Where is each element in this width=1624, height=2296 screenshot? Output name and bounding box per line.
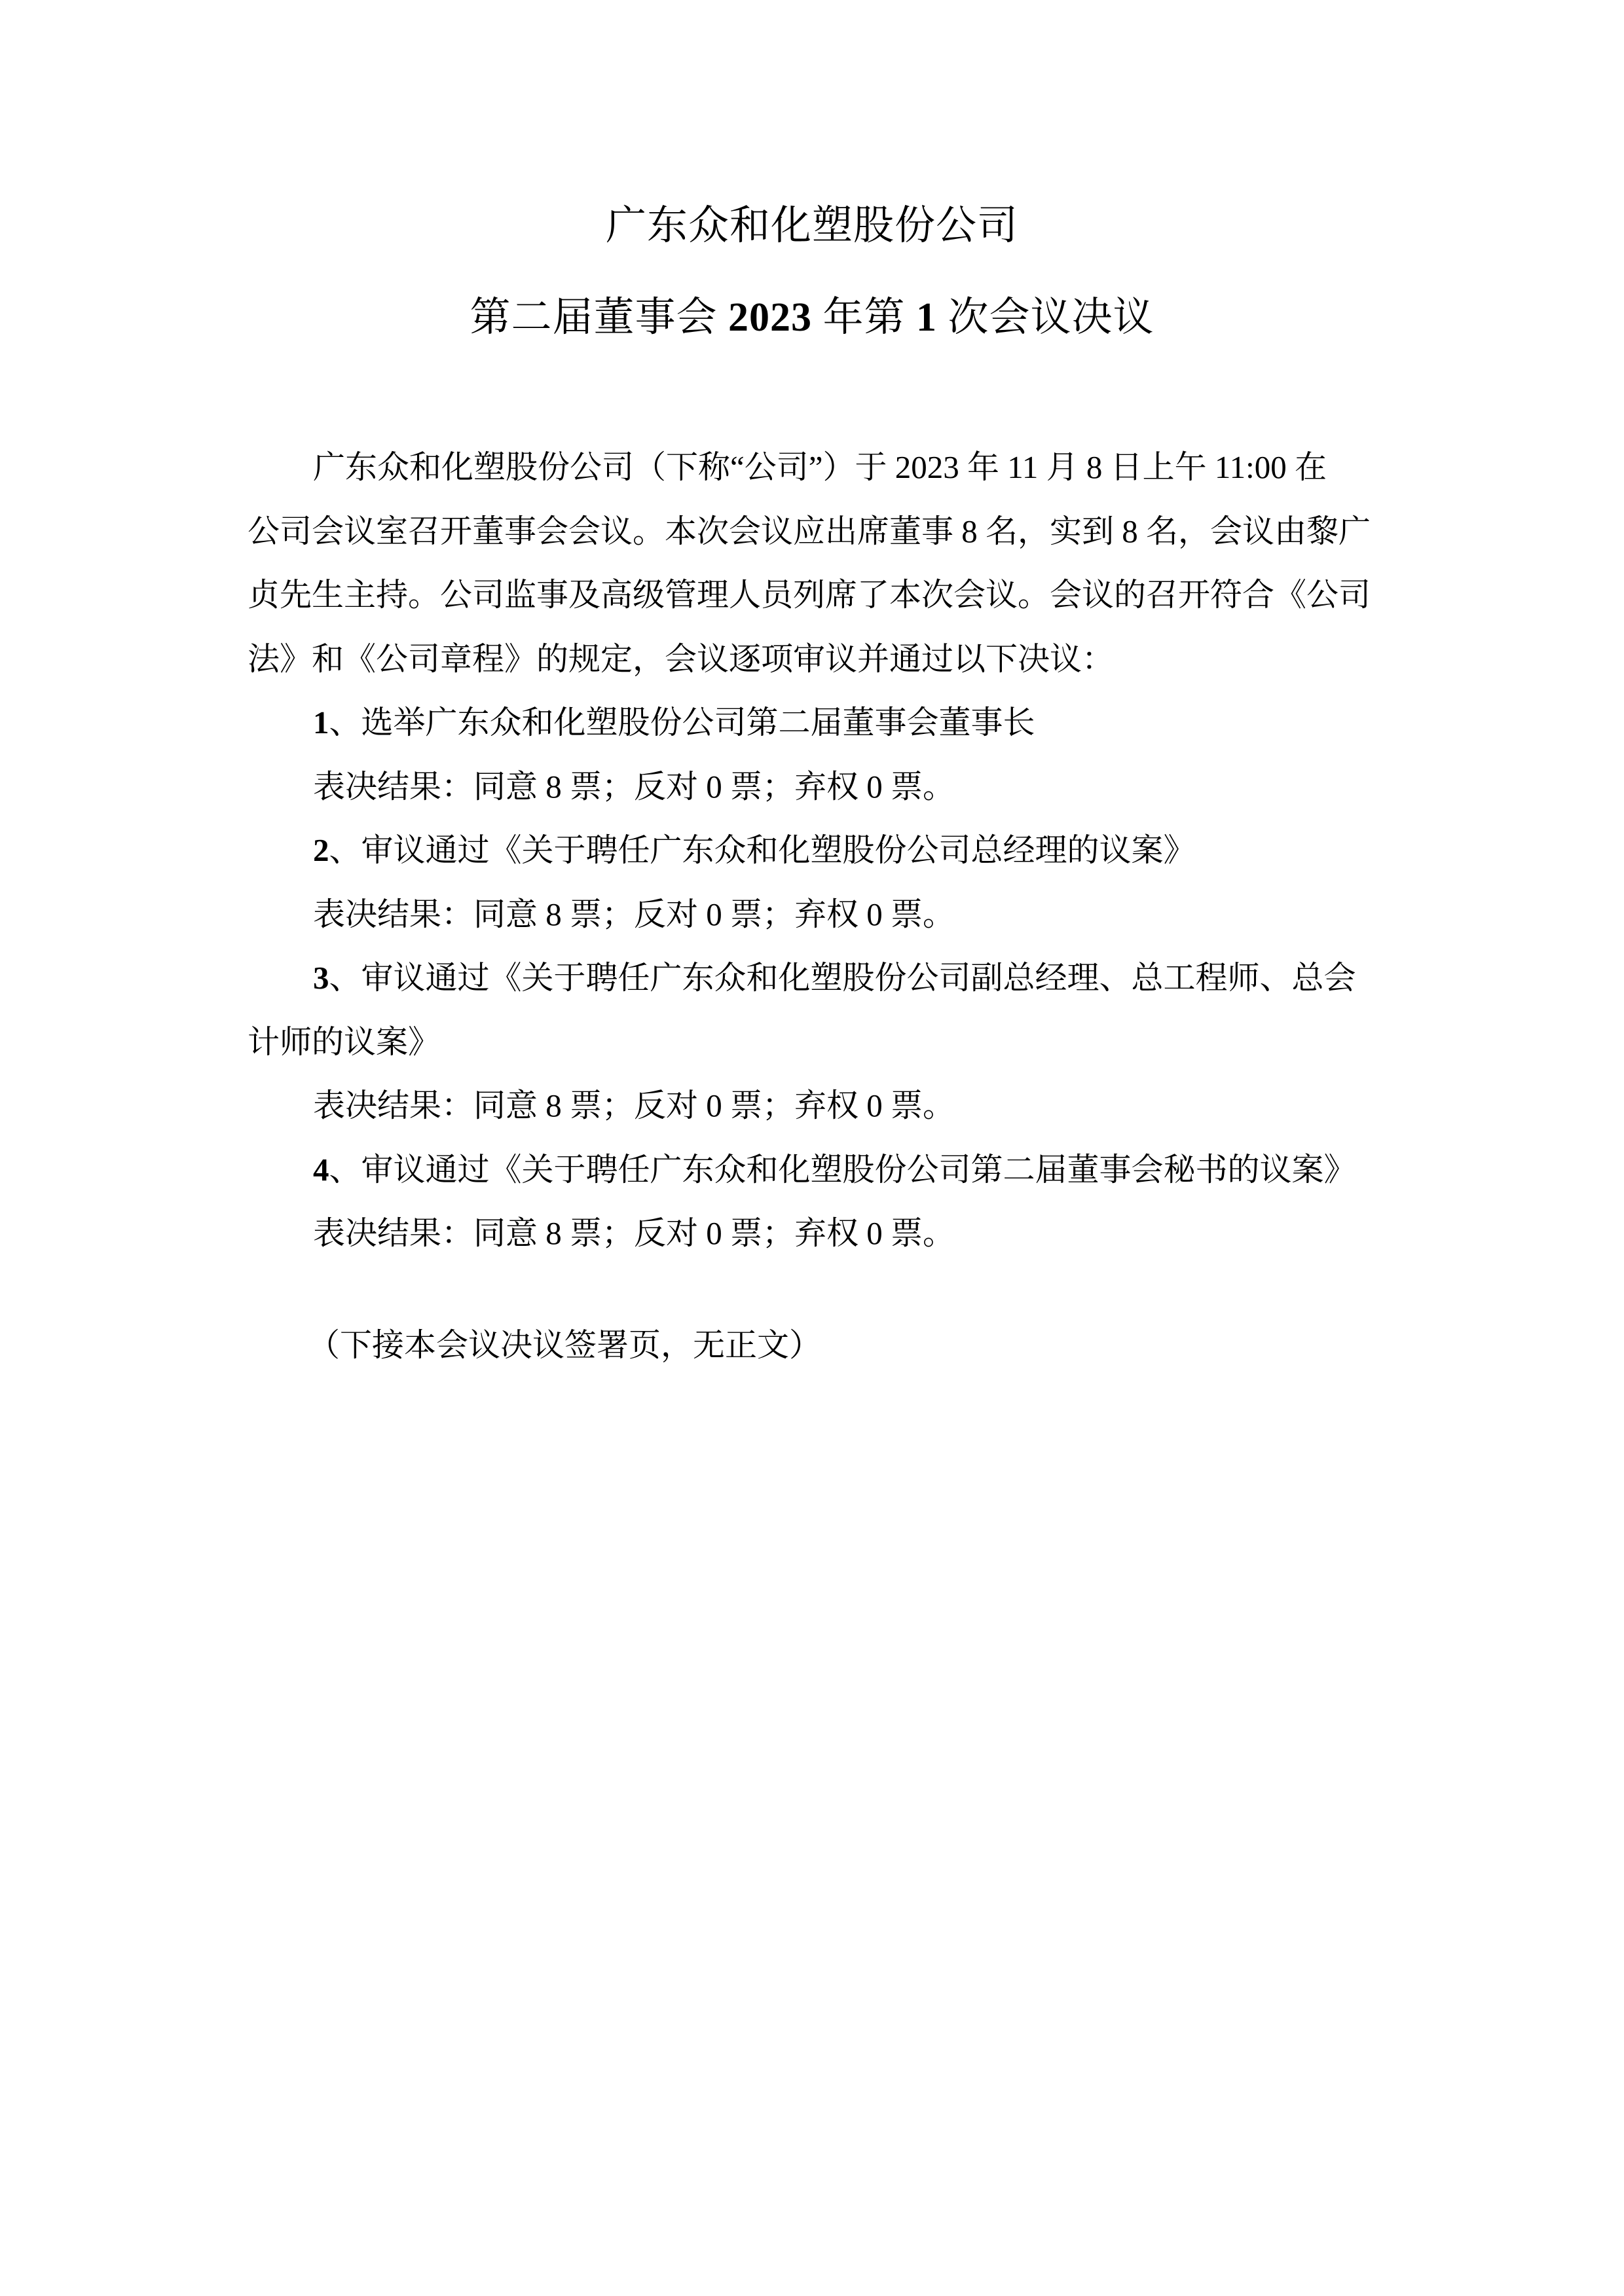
footer-note: （下接本会议决议签署页，无正文） bbox=[308, 1316, 821, 1375]
resolution-text: 、审议通过《关于聘任广东众和化塑股份公司副总经理、总工程师、总会 bbox=[329, 960, 1356, 996]
resolution-2-vote: 表决结果：同意 8 票；反对 0 票；弃权 0 票。 bbox=[248, 883, 1380, 947]
resolution-3-title: 3、审议通过《关于聘任广东众和化塑股份公司副总经理、总工程师、总会 bbox=[248, 946, 1380, 1010]
resolution-4-vote: 表决结果：同意 8 票；反对 0 票；弃权 0 票。 bbox=[248, 1201, 1380, 1266]
intro-line: 公司会议室召开董事会会议。本次会议应出席董事 8 名，实到 8 名，会议由黎广 bbox=[248, 500, 1380, 564]
resolution-title-number: 1 bbox=[916, 295, 937, 340]
resolution-1-vote: 表决结果：同意 8 票；反对 0 票；弃权 0 票。 bbox=[248, 755, 1380, 819]
resolution-title-year: 2023 bbox=[728, 295, 812, 340]
resolution-4-title: 4、审议通过《关于聘任广东众和化塑股份公司第二届董事会秘书的议案》 bbox=[248, 1138, 1380, 1202]
intro-line: 广东众和化塑股份公司（下称“公司”）于 2023 年 11 月 8 日上午 11… bbox=[248, 435, 1380, 500]
intro-line: 法》和《公司章程》的规定，会议逐项审议并通过以下决议： bbox=[248, 627, 1380, 691]
resolution-title-mid: 年第 bbox=[812, 295, 916, 340]
resolution-2-title: 2、审议通过《关于聘任广东众和化塑股份公司总经理的议案》 bbox=[248, 818, 1380, 883]
resolution-title-pre: 第二届董事会 bbox=[470, 295, 728, 340]
document-body: 广东众和化塑股份公司（下称“公司”）于 2023 年 11 月 8 日上午 11… bbox=[248, 435, 1380, 1266]
resolution-text: 、选举广东众和化塑股份公司第二届董事会董事长 bbox=[329, 704, 1035, 740]
resolution-3-vote: 表决结果：同意 8 票；反对 0 票；弃权 0 票。 bbox=[248, 1074, 1380, 1138]
resolution-number: 2 bbox=[313, 832, 329, 868]
resolution-title: 第二届董事会 2023 年第 1 次会议决议 bbox=[0, 291, 1624, 344]
resolution-text: 、审议通过《关于聘任广东众和化塑股份公司总经理的议案》 bbox=[329, 832, 1196, 868]
resolution-number: 4 bbox=[313, 1152, 329, 1188]
resolution-text: 、审议通过《关于聘任广东众和化塑股份公司第二届董事会秘书的议案》 bbox=[329, 1152, 1356, 1188]
intro-line: 贞先生主持。公司监事及高级管理人员列席了本次会议。会议的召开符合《公司 bbox=[248, 563, 1380, 627]
company-title: 广东众和化塑股份公司 bbox=[0, 200, 1624, 252]
resolution-title-post: 次会议决议 bbox=[937, 295, 1154, 340]
resolution-number: 3 bbox=[313, 960, 329, 996]
resolution-1-title: 1、选举广东众和化塑股份公司第二届董事会董事长 bbox=[248, 691, 1380, 755]
resolution-3-title-cont: 计师的议案》 bbox=[248, 1010, 1380, 1074]
resolution-number: 1 bbox=[313, 704, 329, 740]
document-page: 广东众和化塑股份公司 第二届董事会 2023 年第 1 次会议决议 广东众和化塑… bbox=[0, 0, 1624, 2296]
